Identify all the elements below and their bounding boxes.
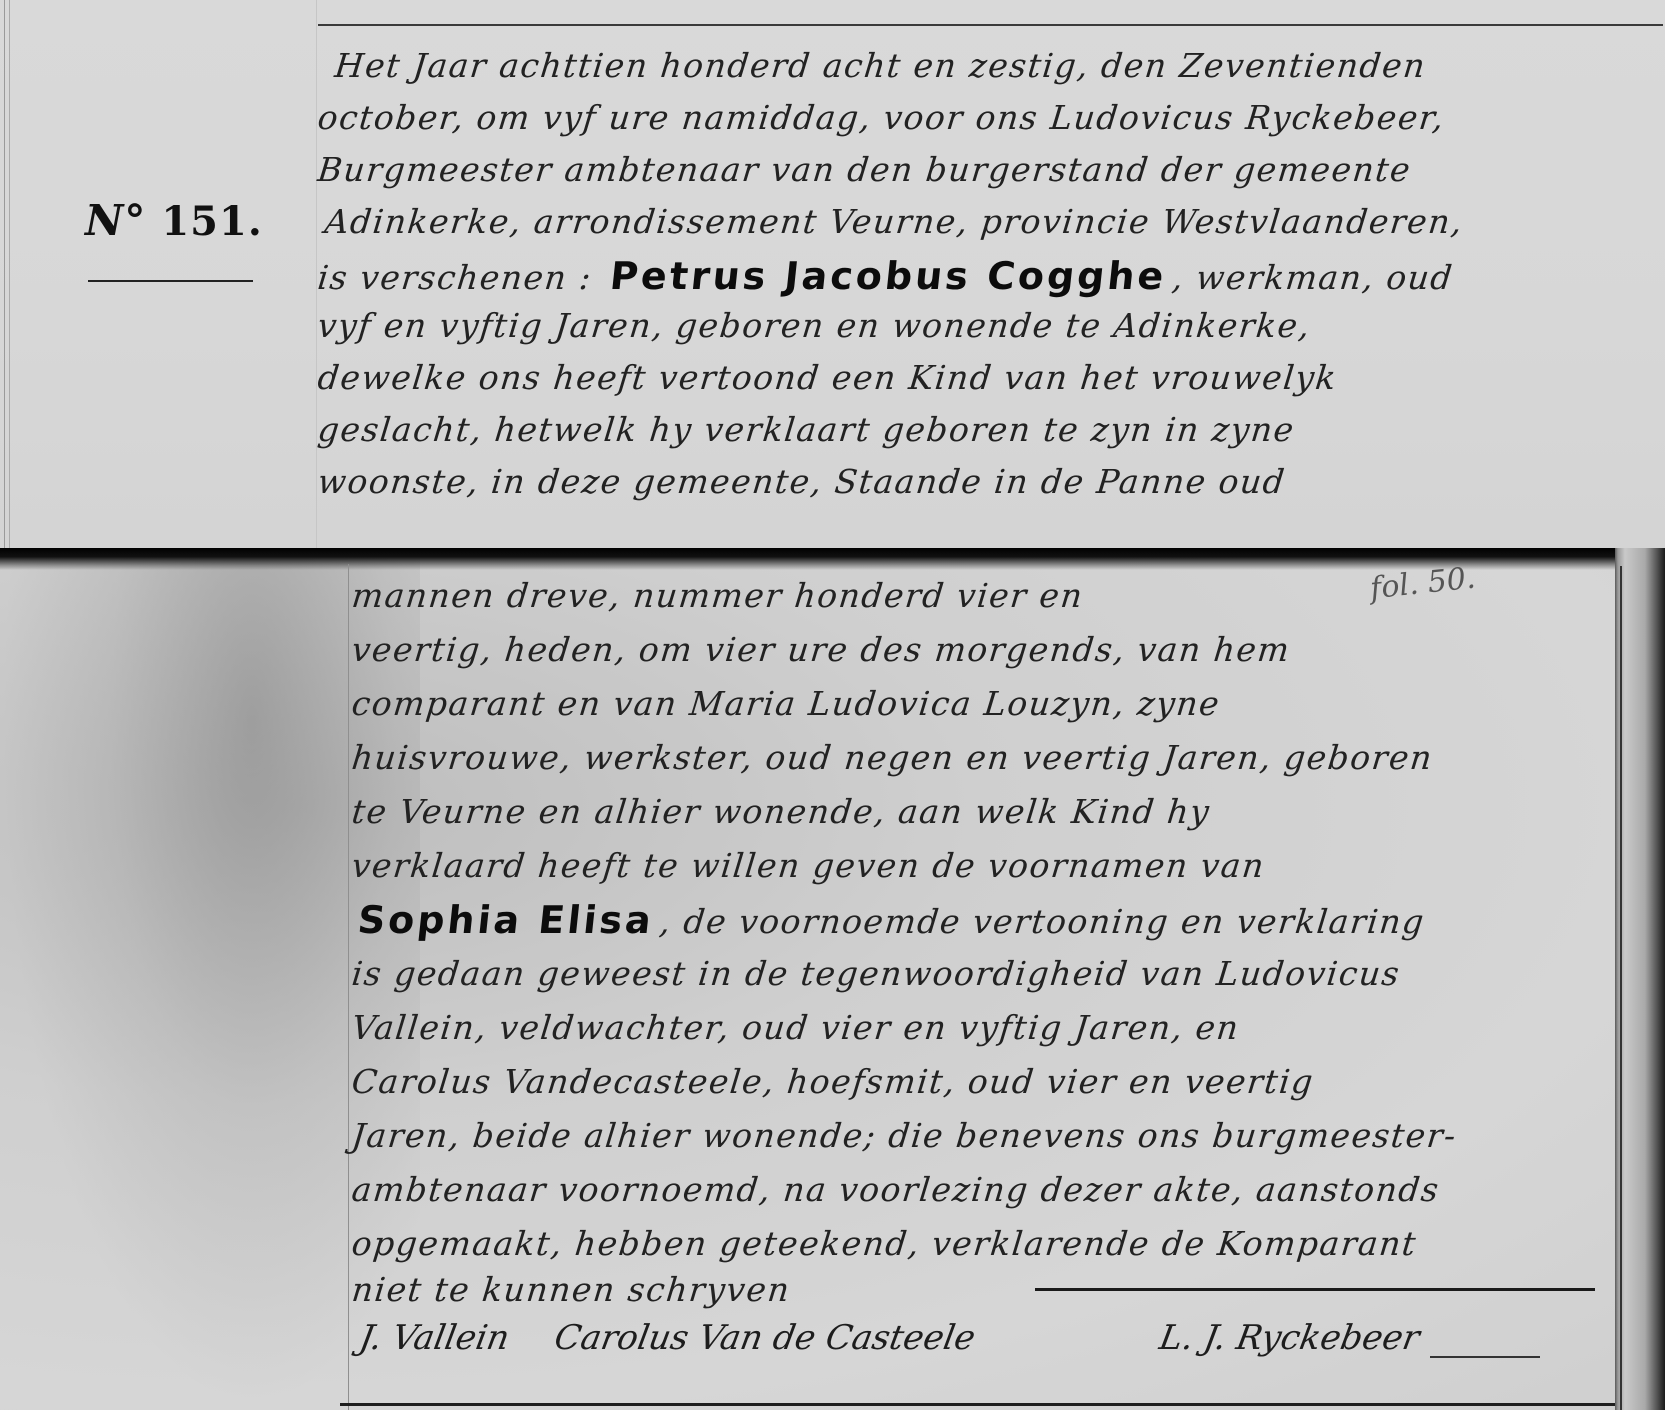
entry-line: niet te kunnen schryven: [350, 1270, 793, 1309]
act-number: N° 151.: [85, 196, 263, 245]
entry-line: dewelke ons heeft vertoond een Kind van …: [316, 358, 1339, 397]
entry-line: mannen dreve, nummer honderd vier en: [350, 576, 1086, 615]
entry-line: comparant en van Maria Ludovica Louzyn, …: [350, 684, 1222, 723]
entry-text: , de voornoemde vertooning en verklaring: [658, 902, 1427, 941]
entry-line-father: is verschenen : Petrus Jacobus Cogghe, w…: [316, 254, 1456, 298]
margin-line: [9, 0, 10, 548]
entry-text: is verschenen :: [316, 258, 594, 297]
act-number-prefix: N°: [85, 196, 146, 245]
register-page-bottom: fol. 50. mannen dreve, nummer honderd vi…: [0, 548, 1665, 1410]
signature-flourish: [1430, 1356, 1540, 1358]
entry-line: is gedaan geweest in de tegenwoordigheid…: [350, 954, 1402, 993]
margin-line: [4, 0, 5, 548]
entry-line: te Veurne en alhier wonende, aan welk Ki…: [350, 792, 1212, 831]
entry-line: Burgmeester ambtenaar van den burgerstan…: [316, 150, 1413, 189]
entry-text: , werkman, oud: [1170, 258, 1455, 297]
entry-line: woonste, in deze gemeente, Staande in de…: [316, 462, 1288, 501]
margin-line: [1620, 566, 1622, 1410]
top-rule: [318, 24, 1663, 26]
closing-rule: [1035, 1288, 1595, 1291]
entry-line-child: Sophia Elisa, de voornoemde vertooning e…: [350, 898, 1428, 942]
signatures: J. Vallein Carolus Van de Casteele L. J.…: [0, 1318, 1665, 1388]
bottom-rule: [340, 1403, 1615, 1406]
page-edge: [1615, 548, 1665, 1410]
column-divider: [348, 564, 349, 1410]
entry-line: huisvrouwe, werkster, oud negen en veert…: [350, 738, 1435, 777]
entry-line: ambtenaar voornoemd, na voorlezing dezer…: [350, 1170, 1442, 1209]
column-divider: [316, 0, 317, 548]
entry-line: Vallein, veldwachter, oud vier en vyftig…: [350, 1008, 1242, 1047]
entry-line: Het Jaar achttien honderd acht en zestig…: [333, 46, 1428, 85]
entry-line: opgemaakt, hebben geteekend, verklarende…: [350, 1224, 1419, 1263]
child-name: Sophia Elisa: [356, 898, 657, 942]
entry-line: Jaren, beide alhier wonende; die beneven…: [350, 1116, 1459, 1155]
signature-witness-2: Carolus Van de Casteele: [551, 1318, 978, 1358]
entry-line: october, om vyf ure namiddag, voor ons L…: [316, 98, 1447, 137]
father-name: Petrus Jacobus Cogghe: [608, 254, 1169, 298]
entry-line: Adinkerke, arrondissement Veurne, provin…: [323, 202, 1465, 241]
signature-witness-1: J. Vallein: [356, 1318, 512, 1358]
entry-line: veertig, heden, om vier ure des morgends…: [350, 630, 1292, 669]
act-number-value: 151.: [161, 198, 262, 245]
entry-line: verklaard heeft te willen geven de voorn…: [350, 846, 1267, 885]
entry-line: geslacht, hetwelk hy verklaart geboren t…: [316, 410, 1297, 449]
signature-mayor: L. J. Ryckebeer: [1156, 1318, 1422, 1358]
entry-line: vyf en vyftig Jaren, geboren en wonende …: [316, 306, 1313, 345]
act-number-underline: [88, 280, 253, 282]
entry-line: Carolus Vandecasteele, hoefsmit, oud vie…: [350, 1062, 1316, 1101]
register-page-top: N° 151. Het Jaar achttien honderd acht e…: [0, 0, 1665, 548]
